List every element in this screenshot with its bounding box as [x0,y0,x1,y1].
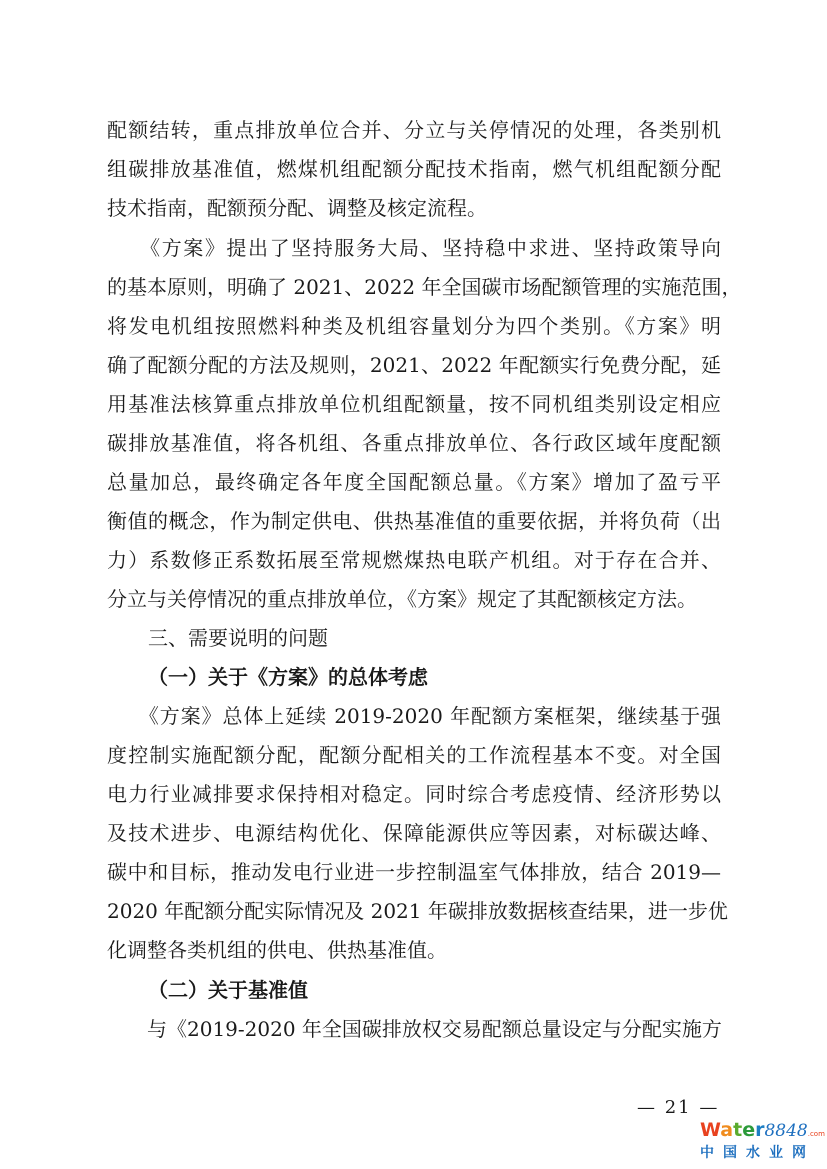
document-page: 配额结转，重点排放单位合并、分立与关停情况的处理，各类别机 组碳排放基准值，燃煤… [0,0,827,1169]
text-line: 2020 年配额分配实际情况及 2021 年碳排放数据核查结果，进一步优 [107,896,721,926]
brand-letter: W [700,1119,720,1141]
brand-suffix: .com [808,1130,825,1138]
text-line: 度控制实施配额分配，配额分配相关的工作流程基本不变。对全国 [107,740,721,770]
watermark-brand-cn: 中国水业网 [700,1144,820,1162]
text-line: 组碳排放基准值，燃煤机组配额分配技术指南，燃气机组配额分配 [107,154,721,184]
brand-letter: a [720,1119,733,1141]
text-line: 总量加总，最终确定各年度全国配额总量。《方案》增加了盈亏平 [107,467,721,497]
text-line: 碳中和目标，推动发电行业进一步控制温室气体排放，结合 2019— [107,857,721,887]
brand-number: 8848 [764,1121,807,1141]
text-line: 《方案》总体上延续 2019-2020 年配额方案框架，继续基于强 [107,701,721,731]
text-line: 及技术进步、电源结构优化、保障能源供应等因素，对标碳达峰、 [107,818,721,848]
subsection-heading: （二）关于基准值 [148,975,308,1005]
text-line: 配额结转，重点排放单位合并、分立与关停情况的处理，各类别机 [107,115,721,145]
text-line: 分立与关停情况的重点排放单位，《方案》规定了其配额核定方法。 [107,584,721,614]
section-heading: 三、需要说明的问题 [148,623,328,653]
text-line: 确了配额分配的方法及规则，2021、2022 年配额实行免费分配，延 [107,350,721,380]
text-line: 与《2019-2020 年全国碳排放权交易配额总量设定与分配实施方 [107,1014,721,1044]
text-line: 碳排放基准值，将各机组、各重点排放单位、各行政区域年度配额 [107,428,721,458]
brand-letter: e [742,1119,755,1141]
text-line: 衡值的概念，作为制定供电、供热基准值的重要依据，并将负荷（出 [107,506,721,536]
text-line: 《方案》提出了坚持服务大局、坚持稳中求进、坚持政策导向 [107,233,721,263]
subsection-heading: （一）关于《方案》的总体考虑 [148,662,428,692]
text-line: 电力行业减排要求保持相对稳定。同时综合考虑疫情、经济形势以 [107,779,721,809]
watermark-brand: Water8848.com [700,1120,820,1144]
text-line: 的基本原则，明确了 2021、2022 年全国碳市场配额管理的实施范围， [107,272,721,302]
text-line: 技术指南，配额预分配、调整及核定流程。 [107,193,721,223]
watermark-logo: Water8848.com 中国水业网 [700,1120,820,1164]
brand-letter: t [733,1119,742,1141]
text-line: 用基准法核算重点排放单位机组配额量，按不同机组类别设定相应 [107,389,721,419]
text-line: 化调整各类机组的供电、供热基准值。 [107,935,721,965]
text-line: 力）系数修正系数拓展至常规燃煤热电联产机组。对于存在合并、 [107,545,721,575]
text-line: 将发电机组按照燃料种类及机组容量划分为四个类别。《方案》明 [107,311,721,341]
page-number: — 21 — [637,1096,719,1120]
